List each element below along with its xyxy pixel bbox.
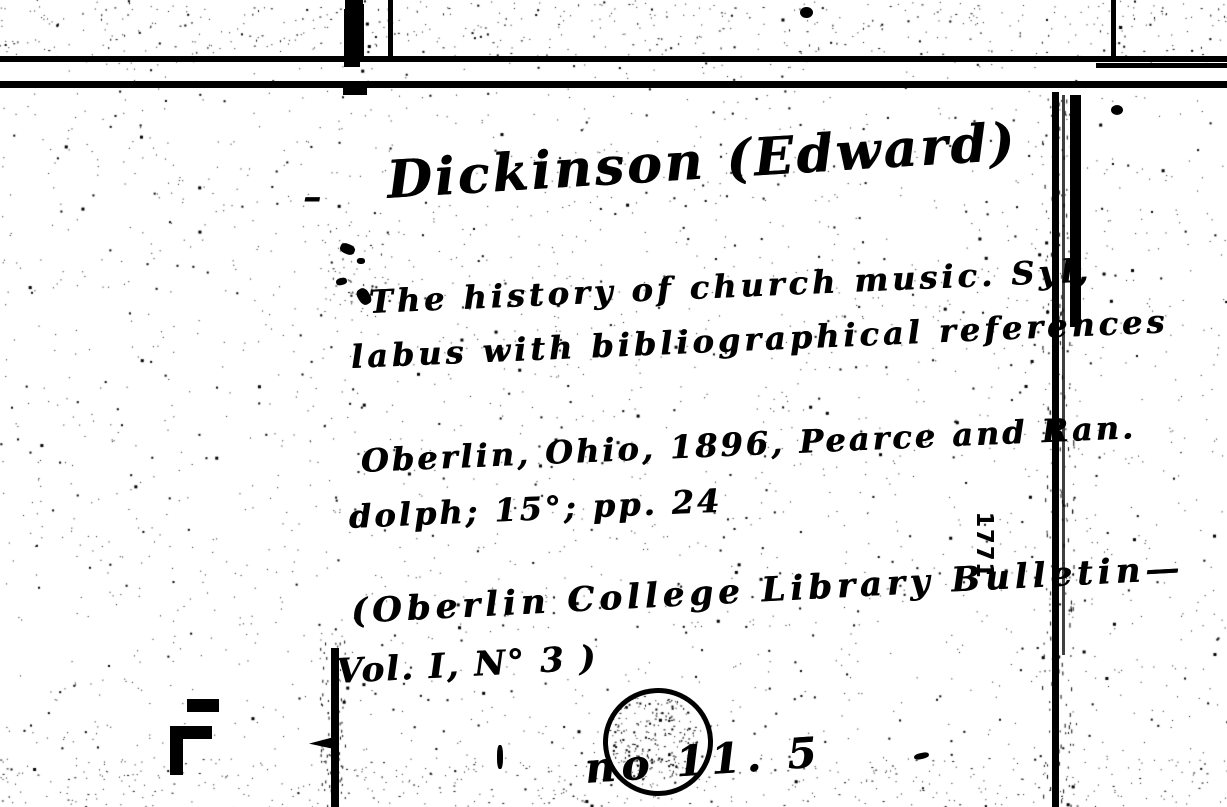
top-left-vertical-bar — [345, 0, 363, 60]
scanned-catalog-card: – Dickinson (Edward) The history of chur… — [0, 0, 1227, 807]
heading-dash: – — [303, 176, 321, 218]
scan-noise-layer — [0, 0, 1227, 807]
horizontal-rule-blot — [343, 87, 367, 95]
horizontal-rule-upper — [0, 56, 1227, 62]
horizontal-rule-lower — [0, 81, 1227, 88]
ink-blot — [497, 745, 503, 769]
sideways-numeral-mark: 1771 — [971, 512, 997, 579]
horizontal-rule-upper-right-segment — [1096, 63, 1227, 68]
card-right-edge-thick — [1070, 95, 1081, 327]
corner-mark-stem — [170, 726, 183, 775]
top-right-vertical-bar — [1111, 0, 1116, 56]
ink-blot — [800, 7, 813, 18]
ink-blot — [1111, 105, 1123, 115]
ink-blot — [357, 258, 365, 264]
top-left-vertical-bar-thin — [388, 0, 393, 57]
corner-mark-top-bar — [187, 699, 219, 712]
